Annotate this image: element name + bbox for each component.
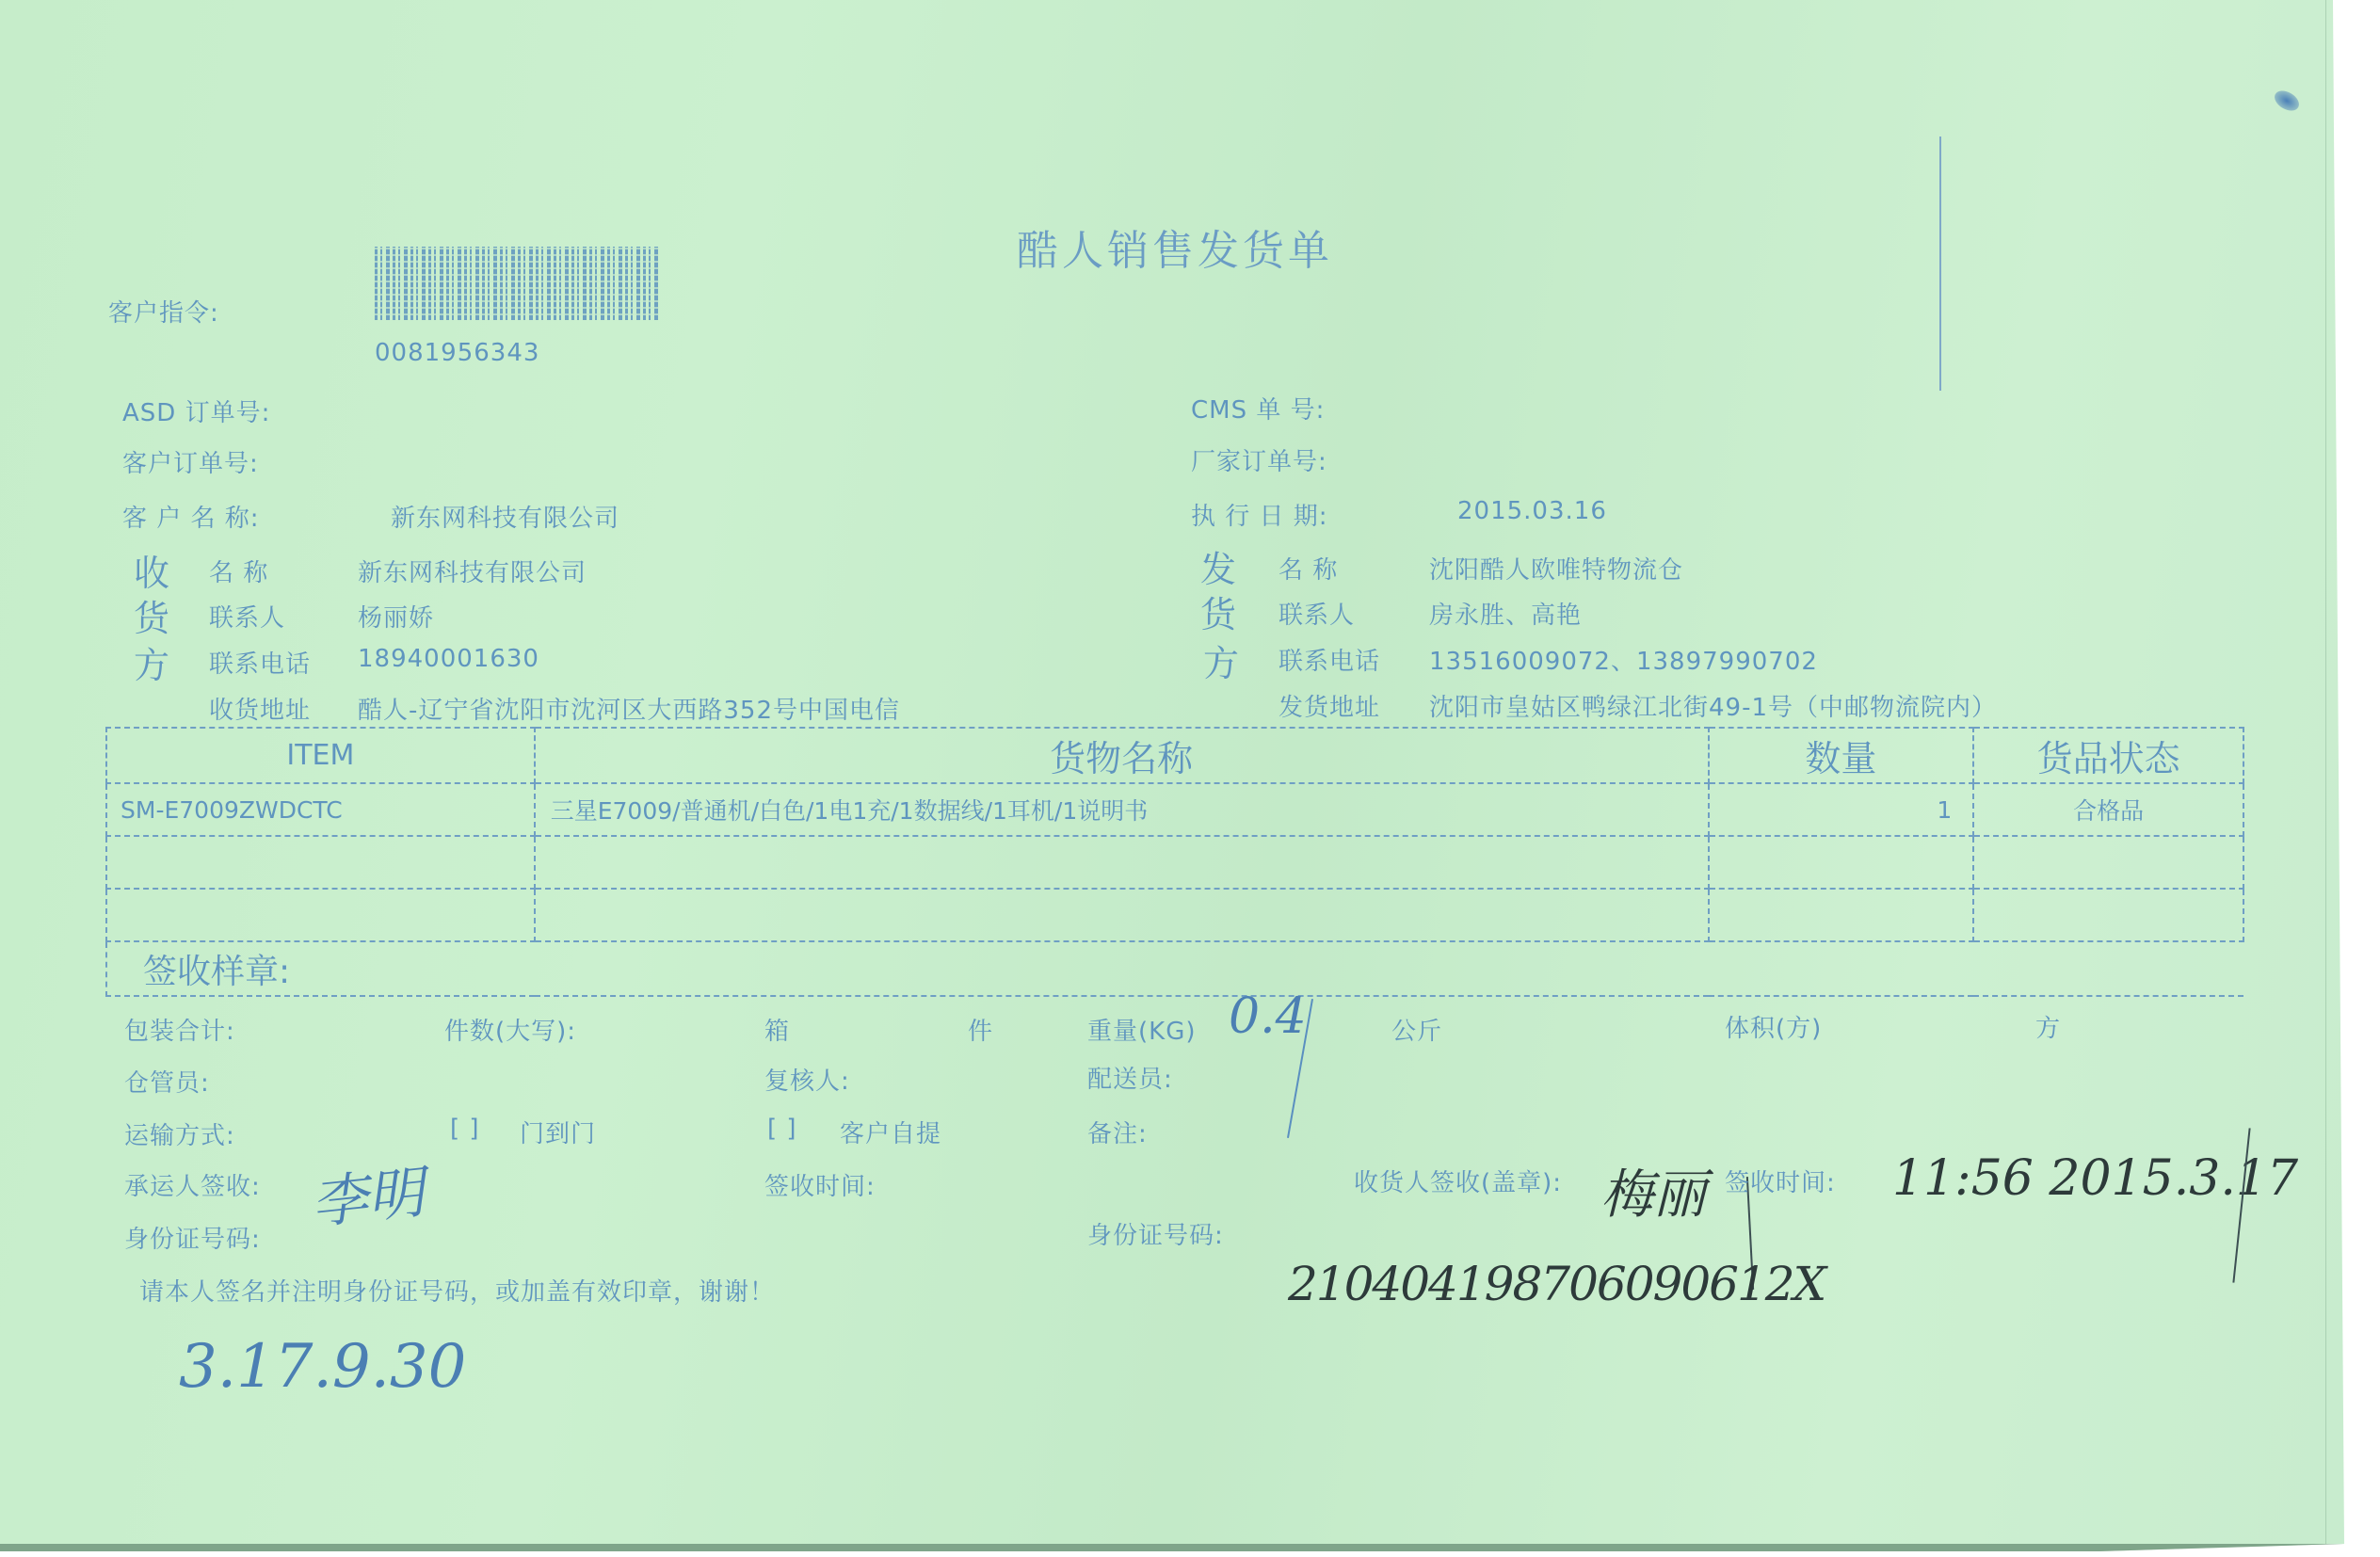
table-header-row: ITEM 货物名称 数量 货品状态 (106, 728, 2243, 783)
sender-phone-label: 联系电话 (1278, 642, 1380, 677)
cell-goods-name (535, 889, 1709, 941)
exec-date-value: 2015.03.16 (1457, 497, 1607, 525)
receiver-sign-label: 收货人签收(盖章): (1354, 1164, 1562, 1198)
document-title: 酷人销售发货单 (1017, 217, 1333, 277)
table-row (106, 889, 2243, 941)
reviewer-label: 复核人: (764, 1062, 850, 1097)
receiver-side-char-2: 货 (134, 589, 170, 641)
weight-label: 重量(KG) (1087, 1012, 1197, 1047)
delivery-person-label: 配送员: (1087, 1060, 1173, 1095)
receiver-name-value: 新东网科技有限公司 (358, 554, 587, 588)
cell-quantity (1709, 836, 1974, 889)
table-row (106, 836, 2243, 889)
volume-unit: 方 (2035, 1009, 2061, 1044)
receiver-side-char-3: 方 (134, 636, 170, 688)
weight-value-handwritten: 0.4 (1229, 988, 1307, 1045)
paper-crease (2325, 0, 2326, 1544)
volume-label: 体积(方) (1725, 1009, 1822, 1044)
handwritten-note: 3.17.9.30 (179, 1332, 466, 1402)
cell-status: 合格品 (1973, 783, 2243, 836)
door-to-door-label: 门到门 (520, 1115, 596, 1149)
customer-order-label: 客户订单号: (122, 444, 259, 479)
transport-label: 运输方式: (124, 1116, 235, 1151)
piece-label: 件 (968, 1012, 993, 1047)
customer-name-label: 客 户 名 称: (122, 499, 260, 534)
customer-command-label: 客户指令: (108, 294, 219, 329)
sign-time-value-handwritten: 11:56 2015.3.17 (1892, 1150, 2298, 1207)
sender-side-char-1: 发 (1200, 540, 1237, 592)
sender-name-value: 沈阳酷人欧唯特物流仓 (1429, 551, 1683, 586)
receiver-contact-label: 联系人 (209, 599, 285, 634)
id-label-right: 身份证号码: (1087, 1216, 1224, 1251)
sender-address-value: 沈阳市皇姑区鸭绿江北街49-1号（中邮物流院内） (1429, 688, 1997, 723)
sender-name-label: 名 称 (1278, 551, 1338, 586)
notice-text: 请本人签名并注明身份证号码，或加盖有效印章，谢谢！ (139, 1273, 775, 1308)
receiver-side-char-1: 收 (134, 544, 170, 596)
door-to-door-checkbox[interactable]: [ ] (450, 1115, 480, 1143)
cell-status (1973, 836, 2243, 889)
pieces-label: 件数(大写): (444, 1012, 576, 1047)
cell-item (106, 889, 535, 941)
cell-quantity: 1 (1709, 783, 1974, 836)
warehouse-keeper-label: 仓管员: (124, 1064, 210, 1099)
box-label: 箱 (764, 1012, 790, 1047)
header-status: 货品状态 (1973, 728, 2243, 783)
cell-goods-name: 三星E7009/普通机/白色/1电1充/1数据线/1耳机/1说明书 (535, 783, 1709, 836)
id-value-handwritten: 210404198706090612X (1288, 1257, 1825, 1311)
self-pickup-checkbox[interactable]: [ ] (767, 1115, 797, 1143)
sender-contact-label: 联系人 (1278, 596, 1355, 631)
receiver-address-label: 收货地址 (209, 691, 311, 726)
receiver-phone-value: 18940001630 (358, 645, 539, 673)
header-goods-name: 货物名称 (535, 728, 1709, 783)
self-pickup-label: 客户自提 (840, 1115, 941, 1149)
sender-side-char-3: 方 (1203, 634, 1240, 686)
id-label-left: 身份证号码: (124, 1220, 261, 1255)
cell-quantity (1709, 889, 1974, 941)
asd-order-label: ASD 订单号: (122, 393, 270, 428)
cms-label: CMS 单 号: (1191, 391, 1325, 425)
sign-time-label-left: 签收时间: (764, 1167, 876, 1202)
table-row: SM-E7009ZWDCTC 三星E7009/普通机/白色/1电1充/1数据线/… (106, 783, 2243, 836)
sender-phone-value: 13516009072、13897990702 (1429, 642, 1818, 677)
sender-address-label: 发货地址 (1278, 688, 1380, 723)
barcode (375, 247, 659, 320)
signature-stamp-row: 签收样章: (106, 941, 2243, 996)
receiver-name-label: 名 称 (209, 554, 268, 588)
remarks-label: 备注: (1087, 1115, 1148, 1149)
header-item: ITEM (106, 728, 535, 783)
cell-item: SM-E7009ZWDCTC (106, 783, 535, 836)
receiver-address-value: 酷人-辽宁省沈阳市沈河区大西路352号中国电信 (358, 691, 900, 726)
carrier-sign-label: 承运人签收: (124, 1167, 261, 1202)
barcode-number: 0081956343 (375, 339, 539, 367)
customer-name-value: 新东网科技有限公司 (391, 499, 619, 534)
cell-goods-name (535, 836, 1709, 889)
receiver-phone-label: 联系电话 (209, 645, 311, 680)
exec-date-label: 执 行 日 期: (1191, 497, 1328, 532)
signature-stamp-label: 签收样章: (106, 941, 2243, 996)
factory-order-label: 厂家订单号: (1191, 442, 1327, 477)
kg-unit: 公斤 (1391, 1012, 1442, 1047)
sign-time-label-right: 签收时间: (1725, 1164, 1836, 1198)
cell-item (106, 836, 535, 889)
goods-table: ITEM 货物名称 数量 货品状态 SM-E7009ZWDCTC 三星E7009… (105, 727, 2244, 997)
header-quantity: 数量 (1709, 728, 1974, 783)
carrier-signature: 李明 (307, 1148, 427, 1240)
receiver-contact-value: 杨丽娇 (358, 599, 434, 634)
sender-contact-value: 房永胜、高艳 (1429, 596, 1582, 631)
receiver-signature: 梅丽 (1600, 1153, 1706, 1228)
cell-status (1973, 889, 2243, 941)
pen-line (1939, 136, 1941, 391)
sender-side-char-2: 货 (1200, 586, 1237, 637)
package-total-label: 包装合计: (124, 1012, 235, 1047)
